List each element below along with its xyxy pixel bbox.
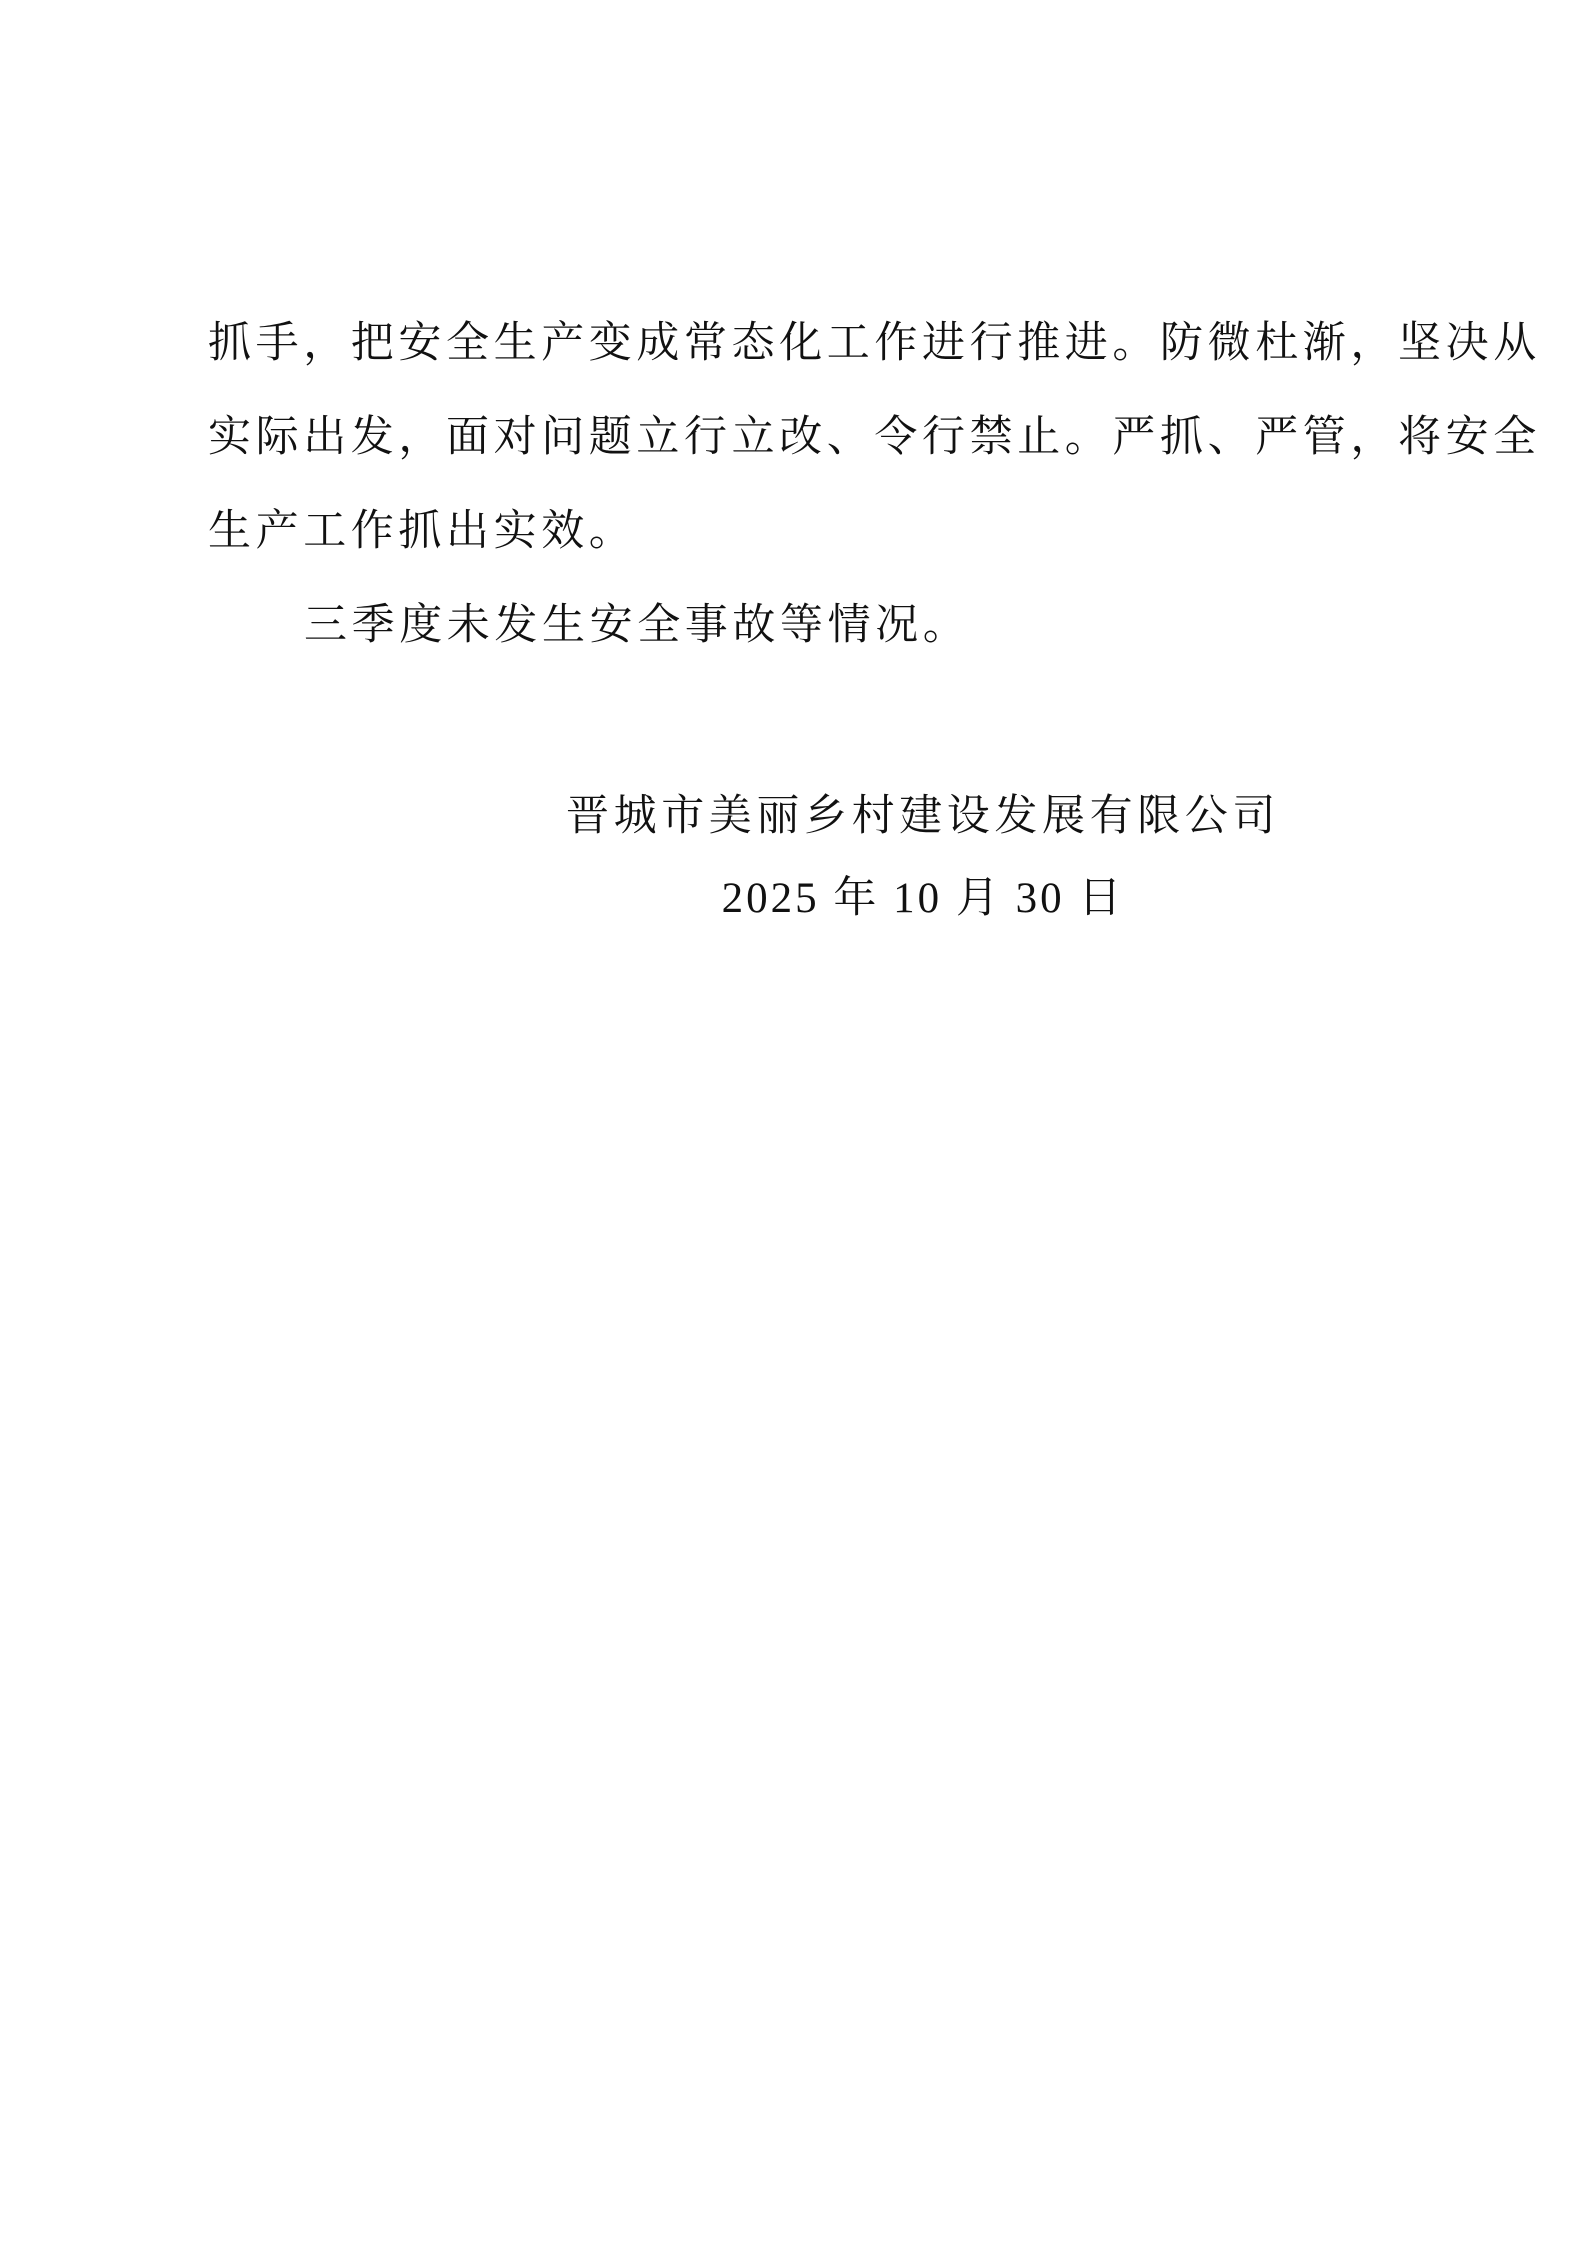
paragraph-2-line-1: 三季度未发生安全事故等情况。 [208, 578, 1398, 672]
signature-organization: 晋城市美丽乡村建设发展有限公司 [130, 782, 1586, 843]
signature-date: 2025 年 10 月 30 日 [130, 864, 1586, 925]
paragraph-1-line-2: 实际出发，面对问题立行立改、令行禁止。严抓、严管，将安全 [208, 390, 1398, 484]
document-body: 抓手，把安全生产变成常态化工作进行推进。防微杜渐，坚决从 实际出发，面对问题立行… [208, 296, 1398, 672]
paragraph-1-line-1: 抓手，把安全生产变成常态化工作进行推进。防微杜渐，坚决从 [208, 296, 1398, 390]
document-page: 抓手，把安全生产变成常态化工作进行推进。防微杜渐，坚决从 实际出发，面对问题立行… [0, 0, 1586, 2245]
paragraph-1-line-3: 生产工作抓出实效。 [208, 484, 1398, 578]
